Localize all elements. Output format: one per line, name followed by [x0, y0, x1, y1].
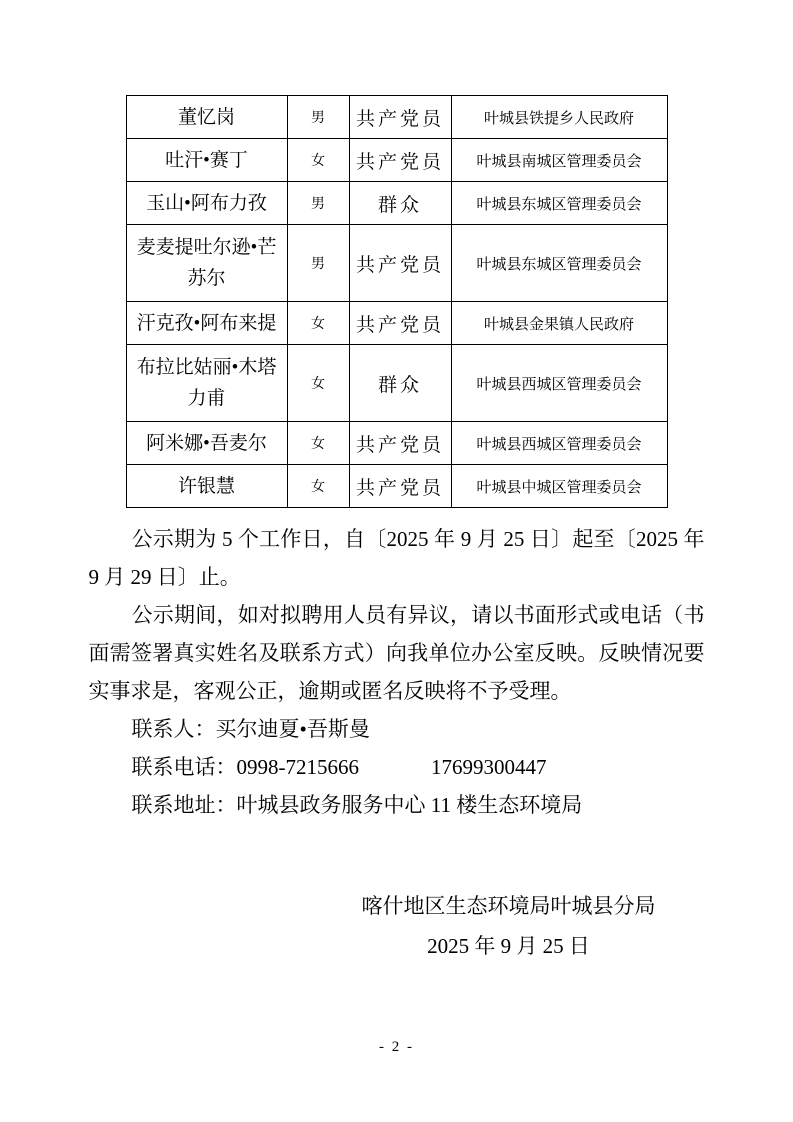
political-status-cell: 共产党员: [349, 96, 451, 139]
name-cell: 吐汗•赛丁: [126, 139, 287, 182]
name-cell: 布拉比姑丽•木塔力甫: [126, 345, 287, 422]
work-unit-cell: 叶城县金果镇人民政府: [451, 302, 667, 345]
gender-cell: 女: [287, 422, 349, 465]
document-page: 董忆岗 男 共产党员 叶城县铁提乡人民政府 吐汗•赛丁 女 共产党员 叶城县南城…: [0, 0, 793, 1122]
gender-cell: 男: [287, 182, 349, 225]
signature-org: 喀什地区生态环境局叶城县分局: [329, 886, 689, 926]
name-cell: 董忆岗: [126, 96, 287, 139]
political-status-cell: 共产党员: [349, 302, 451, 345]
work-unit-cell: 叶城县东城区管理委员会: [451, 225, 667, 302]
name-cell: 汗克孜•阿布来提: [126, 302, 287, 345]
work-unit-cell: 叶城县中城区管理委员会: [451, 465, 667, 508]
work-unit-cell: 叶城县西城区管理委员会: [451, 422, 667, 465]
work-unit-cell: 叶城县南城区管理委员会: [451, 139, 667, 182]
work-unit-cell: 叶城县西城区管理委员会: [451, 345, 667, 422]
gender-cell: 女: [287, 345, 349, 422]
gender-cell: 女: [287, 465, 349, 508]
publicity-period-paragraph: 公示期为 5 个工作日，自〔2025 年 9 月 25 日〕起至〔2025 年 …: [89, 520, 705, 596]
name-cell: 许银慧: [126, 465, 287, 508]
table-row: 董忆岗 男 共产党员 叶城县铁提乡人民政府: [126, 96, 667, 139]
political-status-cell: 共产党员: [349, 465, 451, 508]
contact-phone-line: 联系电话：0998-721566617699300447: [89, 748, 705, 786]
table-row: 玉山•阿布力孜 男 群众 叶城县东城区管理委员会: [126, 182, 667, 225]
contact-person-line: 联系人：买尔迪夏•吾斯曼: [89, 710, 705, 748]
political-status-cell: 共产党员: [349, 225, 451, 302]
table-row: 许银慧 女 共产党员 叶城县中城区管理委员会: [126, 465, 667, 508]
table-row: 阿米娜•吾麦尔 女 共产党员 叶城县西城区管理委员会: [126, 422, 667, 465]
objection-notice-paragraph: 公示期间，如对拟聘用人员有异议，请以书面形式或电话（书面需签署真实姓名及联系方式…: [89, 596, 705, 710]
name-cell: 阿米娜•吾麦尔: [126, 422, 287, 465]
contact-address-line: 联系地址：叶城县政务服务中心 11 楼生态环境局: [89, 786, 705, 824]
body-text: 公示期为 5 个工作日，自〔2025 年 9 月 25 日〕起至〔2025 年 …: [89, 520, 705, 966]
name-cell: 麦麦提吐尔逊•芒苏尔: [126, 225, 287, 302]
personnel-roster-table: 董忆岗 男 共产党员 叶城县铁提乡人民政府 吐汗•赛丁 女 共产党员 叶城县南城…: [126, 95, 668, 508]
gender-cell: 女: [287, 302, 349, 345]
gender-cell: 男: [287, 225, 349, 302]
page-number: - 2 -: [0, 1039, 793, 1056]
work-unit-cell: 叶城县东城区管理委员会: [451, 182, 667, 225]
political-status-cell: 群众: [349, 345, 451, 422]
signature-date: 2025 年 9 月 25 日: [329, 926, 689, 966]
political-status-cell: 群众: [349, 182, 451, 225]
table-row: 吐汗•赛丁 女 共产党员 叶城县南城区管理委员会: [126, 139, 667, 182]
contact-phone-first: 联系电话：0998-7215666: [132, 755, 360, 779]
name-cell: 玉山•阿布力孜: [126, 182, 287, 225]
gender-cell: 男: [287, 96, 349, 139]
gender-cell: 女: [287, 139, 349, 182]
signature-block: 喀什地区生态环境局叶城县分局 2025 年 9 月 25 日: [329, 886, 689, 966]
table-row: 汗克孜•阿布来提 女 共产党员 叶城县金果镇人民政府: [126, 302, 667, 345]
table-row: 麦麦提吐尔逊•芒苏尔 男 共产党员 叶城县东城区管理委员会: [126, 225, 667, 302]
work-unit-cell: 叶城县铁提乡人民政府: [451, 96, 667, 139]
table-row: 布拉比姑丽•木塔力甫 女 群众 叶城县西城区管理委员会: [126, 345, 667, 422]
political-status-cell: 共产党员: [349, 139, 451, 182]
political-status-cell: 共产党员: [349, 422, 451, 465]
contact-phone-second: 17699300447: [431, 755, 547, 779]
